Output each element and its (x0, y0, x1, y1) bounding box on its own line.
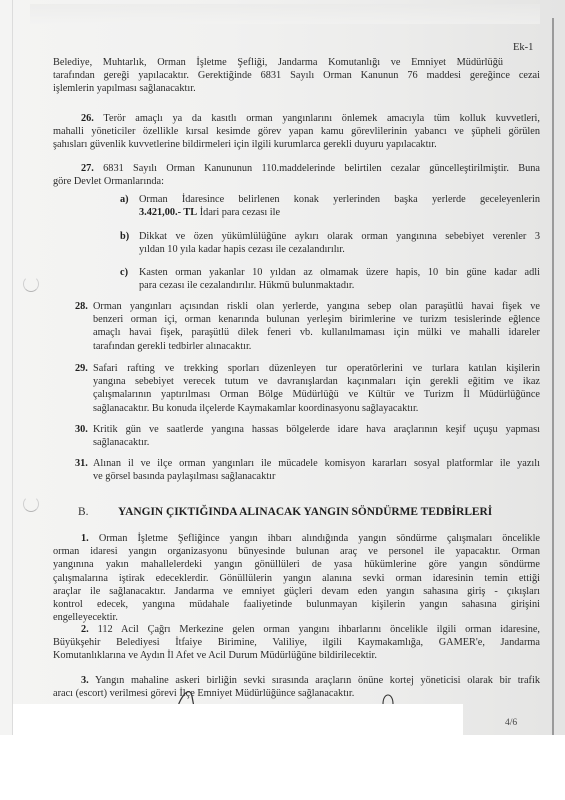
text-line: sağlanacaktır. Bu konuda ilçelerde Kayma… (93, 402, 540, 415)
subitem-label: a) (120, 193, 129, 206)
page-number: 4/6 (505, 718, 517, 728)
text-line: çalışmalarının yaptırılması Orman Bölge … (93, 388, 540, 401)
text-line: Alınan il ve ilçe orman yangınları ile m… (93, 457, 540, 470)
subitem-label: b) (120, 230, 129, 243)
text-line: para cezası ile cezalandırılır. Hükmü bu… (139, 279, 540, 292)
text-line: Orman İşletme Şefliğince yangın ihbarı a… (99, 533, 540, 544)
item-30: 30. Kritik gün ve saatlerde yangına hass… (75, 423, 540, 449)
text-line: 6831 Sayılı Orman Kanununun 110.maddeler… (103, 163, 540, 174)
text-line: Orman yangınları açısından riskli olan y… (93, 300, 540, 313)
text-line: orman idaresi yangın organizasyonu bünye… (53, 545, 540, 558)
subitem-c: c) Kasten orman yakanlar 10 yıldan az ol… (120, 266, 540, 292)
item-number: 2. (81, 624, 89, 635)
text-line: tarafından gerekli tedbirler alınacaktır… (93, 340, 540, 353)
item-26: 26. Terör amaçlı ya da kasıtlı orman yan… (53, 112, 540, 152)
text-line: kontrol edecek, yangına müdahale faaliye… (53, 598, 540, 611)
section-title: YANGIN ÇIKTIĞINDA ALINACAK YANGIN SÖNDÜR… (118, 506, 492, 518)
text-line: ve görsel basında paylaşılması sağlanaca… (93, 470, 540, 483)
text-line: Büyükşehir Belediyesi İtfaiye Birimine, … (53, 636, 540, 649)
item-31: 31. Alınan il ve ilçe orman yangınları i… (75, 457, 540, 483)
intro-paragraph: Belediye, Muhtarlık, Orman İşletme Şefli… (53, 56, 503, 96)
item-number: 29. (75, 362, 88, 375)
scan-artifact (30, 4, 540, 24)
text-line: benzeri orman içi, orman kenarında bulun… (93, 313, 540, 326)
section-b-item-1: 1. Orman İşletme Şefliğince yangın ihbar… (53, 532, 540, 624)
text-line: 112 Acil Çağrı Merkezine gelen orman yan… (98, 624, 540, 635)
subitem-b: b) Dikkat ve özen yükümlülüğüne aykırı o… (120, 230, 540, 256)
text-line: Kasten orman yakanlar 10 yıldan az olmam… (139, 266, 540, 279)
text-line: mahalli yöneticiler özellikle kırsal kes… (53, 125, 540, 138)
item-number: 26. (81, 113, 94, 124)
punch-hole-mark (23, 496, 39, 512)
text-line: aracı (escort) verilmesi görevi İlçe Emn… (53, 687, 540, 700)
text-line: Komutanlıklarına ve Aydın İl Afet ve Aci… (53, 649, 540, 662)
text-line: şahısları güvenlik kuvvetlerine bildirme… (53, 138, 540, 151)
item-27: 27. 6831 Sayılı Orman Kanununun 110.madd… (53, 162, 540, 188)
text-line: sağlanacaktır. (93, 436, 540, 449)
section-letter: B. (78, 506, 88, 518)
text-line: işlemlerin yapılması sağlanacaktır. (53, 82, 503, 95)
text-line: Yangın mahaline askeri birliğin sevki sı… (95, 675, 540, 686)
item-number: 30. (75, 423, 88, 436)
text-line: yangınına yakın mahallelerdeki yangın gö… (53, 558, 540, 571)
item-number: 27. (81, 163, 94, 174)
text-line: Kritik gün ve saatlerde yangına hassas b… (93, 423, 540, 436)
text-line: tarafından gereği yapılacaktır. Gerektiğ… (53, 69, 540, 82)
blank-area (0, 735, 565, 800)
punch-hole-mark (23, 276, 39, 292)
text-line: göre Devlet Ormanlarında: (53, 175, 540, 188)
item-number: 1. (81, 533, 89, 544)
annex-label: Ek-1 (513, 42, 533, 53)
item-number: 3. (81, 675, 89, 686)
item-28: 28. Orman yangınları açısından riskli ol… (75, 300, 540, 353)
page-left-edge (12, 0, 13, 735)
item-number: 31. (75, 457, 88, 470)
section-b-item-2: 2. 112 Acil Çağrı Merkezine gelen orman … (53, 623, 540, 663)
item-number: 28. (75, 300, 88, 313)
item-29: 29. Safari rafting ve trekking sporları … (75, 362, 540, 415)
section-b-item-3: 3. Yangın mahaline askeri birliğin sevki… (53, 674, 540, 700)
text-line: Safari rafting ve trekking sporları düze… (93, 362, 540, 375)
text-line: Belediye, Muhtarlık, Orman İşletme Şefli… (53, 56, 503, 69)
text-line: Dikkat ve özen yükümlülüğüne aykırı olar… (139, 230, 540, 243)
subitem-label: c) (120, 266, 128, 279)
text-line: amaçlı havai fişek, paraşütlü dilek fene… (93, 326, 540, 339)
text-line: Orman İdaresince belirlenen konak yerler… (139, 193, 540, 206)
text-line: yangına sebebiyet verecek tutum ve davra… (93, 375, 540, 388)
page-right-edge (552, 18, 554, 735)
text-line: Terör amaçlı ya da kasıtlı orman yangınl… (103, 113, 540, 124)
subitem-a: a) Orman İdaresince belirlenen konak yer… (120, 193, 540, 219)
text-line: 3.421,00.- TL İdari para cezası ile (139, 206, 540, 219)
text-line: yıldan 10 yıla kadar hapis cezası ile ce… (139, 243, 540, 256)
text-line: araçlar ile sağlanacaktır. Jandarma ve e… (53, 585, 540, 598)
text-line: çalışmalarına iştirak edeceklerdir. Gönü… (53, 572, 540, 585)
initial-mark (381, 688, 395, 704)
